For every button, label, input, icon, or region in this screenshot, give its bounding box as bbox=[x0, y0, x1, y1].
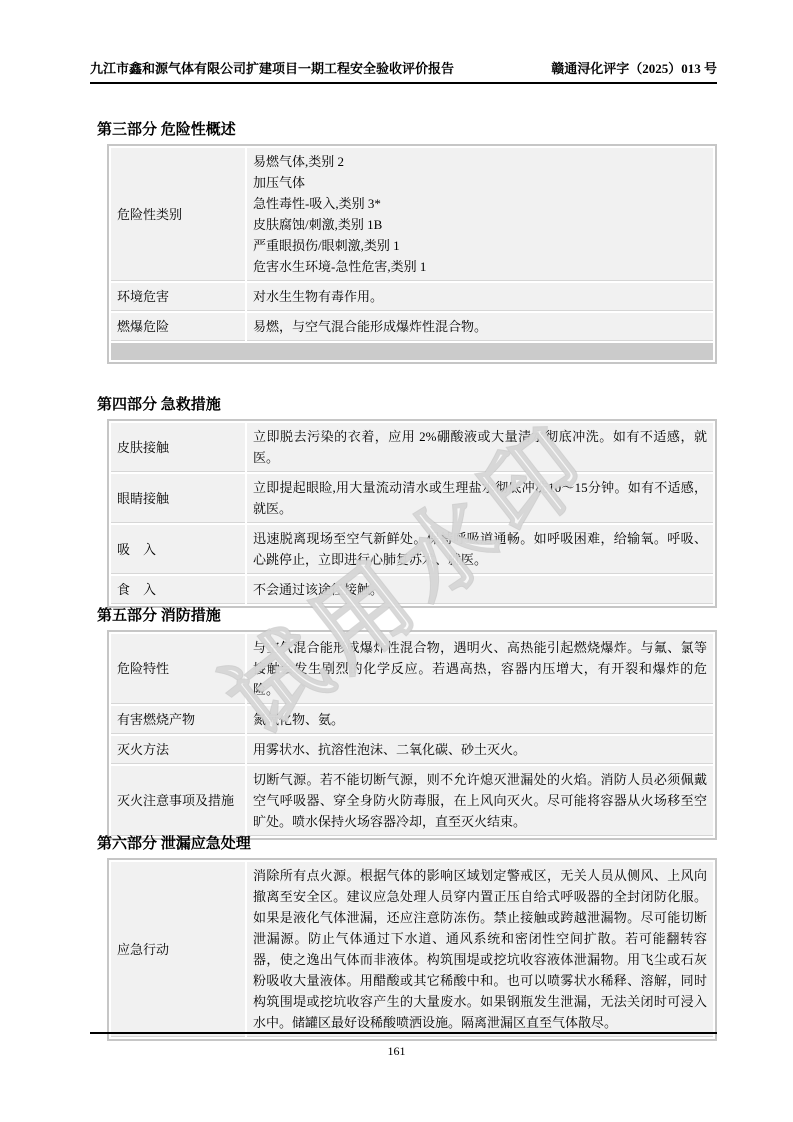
row-label-cell: 皮肤接触 bbox=[111, 423, 245, 472]
table-row: 有害燃烧产物 氮氧化物、氨。 bbox=[111, 706, 713, 734]
row-value-cell: 氮氧化物、氨。 bbox=[247, 706, 713, 734]
row-label-cell: 危险性类别 bbox=[111, 148, 245, 281]
table-row bbox=[111, 343, 713, 360]
table-row: 灭火注意事项及措施 切断气源。若不能切断气源，则不允许熄灭泄漏处的火焰。消防人员… bbox=[111, 766, 713, 836]
row-label-cell: 危险特性 bbox=[111, 634, 245, 704]
section-title: 第五部分 消防措施 bbox=[97, 607, 717, 625]
fire-fighting-table: 危险特性 与空气混合能形成爆炸性混合物，遇明火、高热能引起燃烧爆炸。与氟、氯等接… bbox=[107, 630, 717, 840]
row-label-cell: 燃爆危险 bbox=[111, 313, 245, 341]
header-report-title: 九江市鑫和源气体有限公司扩建项目一期工程安全验收评价报告 bbox=[90, 58, 454, 77]
table-row: 皮肤接触 立即脱去污染的衣着，应用 2%硼酸液或大量清水彻底冲洗。如有不适感，就… bbox=[111, 423, 713, 472]
row-value-cell: 切断气源。若不能切断气源，则不允许熄灭泄漏处的火焰。消防人员必须佩戴空气呼吸器、… bbox=[247, 766, 713, 836]
row-value-cell: 对水生生物有毒作用。 bbox=[247, 283, 713, 311]
table-row: 吸 入 迅速脱离现场至空气新鲜处。保持呼吸道通畅。如呼吸困难，给输氧。呼吸、心跳… bbox=[111, 525, 713, 574]
row-value-cell: 不会通过该途径接触。 bbox=[247, 576, 713, 604]
row-label-cell: 应急行动 bbox=[111, 862, 245, 1037]
section-title: 第三部分 危险性概述 bbox=[97, 121, 717, 139]
table-footer-strip bbox=[111, 343, 713, 360]
table-row: 燃爆危险 易燃，与空气混合能形成爆炸性混合物。 bbox=[111, 313, 713, 341]
section-fire-fighting: 第五部分 消防措施 危险特性 与空气混合能形成爆炸性混合物，遇明火、高热能引起燃… bbox=[97, 607, 717, 840]
hazard-overview-table: 危险性类别 易燃气体,类别 2 加压气体 急性毒性-吸入,类别 3* 皮肤腐蚀/… bbox=[107, 144, 717, 364]
row-label-cell: 食 入 bbox=[111, 576, 245, 604]
row-label-cell: 有害燃烧产物 bbox=[111, 706, 245, 734]
row-value-cell: 易燃气体,类别 2 加压气体 急性毒性-吸入,类别 3* 皮肤腐蚀/刺激,类别 … bbox=[247, 148, 713, 281]
section-leak-emergency: 第六部分 泄漏应急处理 应急行动 消除所有点火源。根据气体的影响区域划定警戒区，… bbox=[97, 835, 717, 1041]
row-label-cell: 灭火方法 bbox=[111, 736, 245, 764]
report-page: 九江市鑫和源气体有限公司扩建项目一期工程安全验收评价报告 赣通浔化评字（2025… bbox=[0, 0, 793, 1122]
first-aid-table: 皮肤接触 立即脱去污染的衣着，应用 2%硼酸液或大量清水彻底冲洗。如有不适感，就… bbox=[107, 419, 717, 608]
table-row: 眼睛接触 立即提起眼睑,用大量流动清水或生理盐水彻底冲洗10～15分钟。如有不适… bbox=[111, 474, 713, 523]
page-number: 161 bbox=[0, 1044, 793, 1059]
section-title: 第四部分 急救措施 bbox=[97, 396, 717, 414]
table-row: 灭火方法 用雾状水、抗溶性泡沫、二氧化碳、砂土灭火。 bbox=[111, 736, 713, 764]
section-hazard-overview: 第三部分 危险性概述 危险性类别 易燃气体,类别 2 加压气体 急性毒性-吸入,… bbox=[97, 121, 717, 364]
row-label-cell: 吸 入 bbox=[111, 525, 245, 574]
row-value-cell: 立即提起眼睑,用大量流动清水或生理盐水彻底冲洗10～15分钟。如有不适感，就医。 bbox=[247, 474, 713, 523]
table-row: 危险特性 与空气混合能形成爆炸性混合物，遇明火、高热能引起燃烧爆炸。与氟、氯等接… bbox=[111, 634, 713, 704]
row-value-cell: 易燃，与空气混合能形成爆炸性混合物。 bbox=[247, 313, 713, 341]
table-row: 食 入 不会通过该途径接触。 bbox=[111, 576, 713, 604]
page-header: 九江市鑫和源气体有限公司扩建项目一期工程安全验收评价报告 赣通浔化评字（2025… bbox=[90, 58, 717, 84]
row-value-cell: 迅速脱离现场至空气新鲜处。保持呼吸道通畅。如呼吸困难，给输氧。呼吸、心跳停止，立… bbox=[247, 525, 713, 574]
table-row: 应急行动 消除所有点火源。根据气体的影响区域划定警戒区，无关人员从侧风、上风向撤… bbox=[111, 862, 713, 1037]
row-label-cell: 环境危害 bbox=[111, 283, 245, 311]
footer-rule bbox=[90, 1032, 717, 1034]
row-label-cell: 灭火注意事项及措施 bbox=[111, 766, 245, 836]
leak-emergency-table: 应急行动 消除所有点火源。根据气体的影响区域划定警戒区，无关人员从侧风、上风向撤… bbox=[107, 858, 717, 1041]
table-row: 环境危害 对水生生物有毒作用。 bbox=[111, 283, 713, 311]
row-label-cell: 眼睛接触 bbox=[111, 474, 245, 523]
section-first-aid: 第四部分 急救措施 皮肤接触 立即脱去污染的衣着，应用 2%硼酸液或大量清水彻底… bbox=[97, 396, 717, 608]
row-value-cell: 用雾状水、抗溶性泡沫、二氧化碳、砂土灭火。 bbox=[247, 736, 713, 764]
header-document-number: 赣通浔化评字（2025）013 号 bbox=[551, 58, 717, 77]
row-value-cell: 消除所有点火源。根据气体的影响区域划定警戒区，无关人员从侧风、上风向撤离至安全区… bbox=[247, 862, 713, 1037]
table-row: 危险性类别 易燃气体,类别 2 加压气体 急性毒性-吸入,类别 3* 皮肤腐蚀/… bbox=[111, 148, 713, 281]
row-value-cell: 与空气混合能形成爆炸性混合物，遇明火、高热能引起燃烧爆炸。与氟、氯等接触会发生剧… bbox=[247, 634, 713, 704]
row-value-cell: 立即脱去污染的衣着，应用 2%硼酸液或大量清水彻底冲洗。如有不适感，就医。 bbox=[247, 423, 713, 472]
section-title: 第六部分 泄漏应急处理 bbox=[97, 835, 717, 853]
